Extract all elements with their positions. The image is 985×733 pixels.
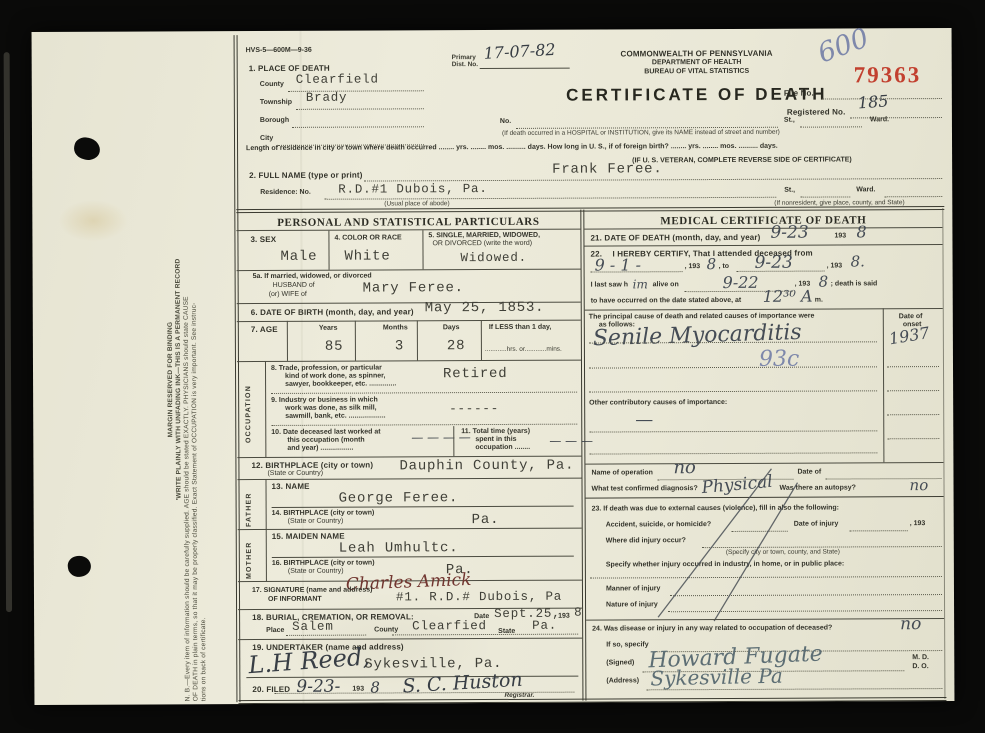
physician-address: Sykesville Pa	[650, 664, 783, 691]
rule	[236, 229, 580, 232]
total-time-value: — — —	[549, 434, 593, 448]
full-name-line	[364, 178, 942, 182]
occupation-related-value: no	[900, 614, 921, 634]
rule	[238, 528, 582, 531]
rule-dotted	[646, 688, 942, 690]
trade-value: Retired	[443, 366, 507, 382]
form-bottom-border	[238, 697, 946, 704]
last-worked-label-1: 10. Date deceased last worked at	[271, 428, 380, 435]
contributory-label: Other contributory causes of importance:	[589, 399, 727, 407]
year1-prefix: , 193	[685, 263, 701, 270]
rule-dotted	[589, 366, 877, 368]
cell-divider	[355, 321, 356, 361]
birthplace-value: Dauphin County, Pa.	[399, 458, 574, 475]
spouse-label-1: 5a. If married, widowed, or divorced	[253, 273, 372, 281]
scanned-certificate: MARGIN RESERVED FOR BINDING 'WRITE PLAIN…	[0, 0, 985, 733]
rule	[585, 308, 943, 311]
dist-no-label: Dist. No.	[452, 61, 478, 68]
rule-dotted	[392, 634, 578, 636]
burial-state-value: Pa.	[532, 619, 557, 633]
cell-divider	[265, 479, 266, 529]
father-side-label: FATHER	[246, 483, 253, 527]
rule	[237, 478, 581, 481]
industry-label-1: 9. Industry or business in which	[271, 397, 378, 404]
cell-divider	[287, 321, 288, 361]
mother-bp-label-2: (State or Country)	[288, 568, 344, 575]
place-of-death-label: 1. PLACE OF DEATH	[249, 64, 330, 73]
autopsy-value: no	[909, 476, 928, 494]
occupation-related-label: 24. Was disease or injury in any way rel…	[592, 625, 832, 633]
year2-value: 8.	[851, 252, 865, 270]
personal-section-title: PERSONAL AND STATISTICAL PARTICULARS	[236, 216, 580, 230]
age-days-label: Days	[443, 324, 460, 331]
hospital-st-line	[800, 126, 862, 127]
last-worked-label-3: and year) .................	[287, 445, 353, 452]
mother-bp-label-1: 16. BIRTHPLACE (city or town)	[272, 560, 375, 567]
punch-hole	[72, 135, 102, 162]
registrar-label: Registrar.	[504, 692, 534, 699]
burial-year-prefix: 193	[558, 613, 570, 620]
father-bp-label-2: (State or Country)	[288, 518, 344, 525]
cell-divider	[265, 361, 266, 457]
trade-label-2: kind of work done, as spinner,	[285, 372, 385, 379]
rule-dotted	[737, 271, 825, 272]
rule-dotted	[286, 635, 366, 636]
dob-label: 6. DATE OF BIRTH (month, day, and year)	[251, 307, 414, 317]
informant-label-2: OF INFORMANT	[268, 596, 322, 603]
last-saw-date: 9-22	[723, 273, 759, 292]
residence-length-line: Length of residence in city or town wher…	[246, 143, 778, 152]
burial-county-label: County	[374, 626, 398, 633]
cell-divider	[417, 320, 418, 360]
birthplace-label-1: 12. BIRTHPLACE (city or town)	[251, 461, 373, 471]
borough-line	[292, 126, 424, 128]
residence-st-line	[800, 196, 850, 197]
punch-hole	[66, 554, 92, 578]
year3-value: 8	[819, 273, 829, 291]
age-years-label: Years	[319, 325, 338, 332]
marital-value: Widowed.	[460, 251, 526, 265]
race-value: White	[344, 248, 390, 264]
occurred-m-label: m.	[815, 297, 823, 304]
burial-county-value: Clearfied	[412, 619, 487, 633]
rule	[272, 556, 574, 558]
rule-dotted	[850, 530, 908, 531]
birthplace-label-2: (State or Country)	[267, 470, 323, 477]
trade-label-1: 8. Trade, profession, or particular	[271, 364, 382, 371]
rule-dotted	[271, 424, 577, 426]
residence-label: Residence: No.	[260, 189, 311, 196]
mother-name-value: Leah Umhultc.	[339, 540, 459, 557]
certificate-paper: MARGIN RESERVED FOR BINDING 'WRITE PLAIN…	[32, 28, 955, 705]
injury-year: , 193	[910, 520, 926, 527]
residence-st-label: St.,	[784, 187, 795, 194]
spouse-label-3: (or) WIFE of	[269, 291, 307, 298]
industry-label-3: sawmill, bank, etc. ...................	[285, 412, 385, 419]
spouse-value: Mary Feree.	[363, 280, 464, 296]
burial-year-value: 8	[574, 606, 582, 620]
form-left-border	[234, 35, 241, 702]
age-days-value: 28	[447, 338, 465, 354]
cell-divider	[481, 320, 482, 360]
burial-place-value: Salem	[292, 620, 334, 634]
rule-dotted	[591, 271, 683, 272]
hospital-ward-label: Ward.	[870, 116, 889, 123]
age-label: 7. AGE	[251, 325, 278, 334]
cell-divider	[266, 529, 267, 581]
year1-value: 8	[707, 255, 717, 273]
sex-label: 3. SEX	[250, 235, 276, 244]
age-years-value: 85	[325, 339, 343, 355]
form-code: HVS-5—600M—9-36	[246, 47, 312, 54]
hospital-st-label: St.,	[784, 117, 795, 124]
marital-label-1: 5. SINGLE, MARRIED, WIDOWED,	[428, 232, 540, 239]
total-time-label-1: 11. Total time (years)	[461, 428, 530, 435]
township-value: Brady	[306, 91, 348, 105]
rule	[584, 227, 942, 230]
age-months-value: 3	[395, 338, 404, 354]
cell-divider	[453, 426, 454, 456]
less-than-day-label: If LESS than 1 day,	[489, 324, 552, 331]
dod-year-prefix: 193	[834, 232, 846, 239]
total-time-label-3: occupation ........	[475, 444, 530, 451]
paper-stain	[58, 200, 128, 242]
mother-side-label: MOTHER	[246, 533, 253, 579]
residence-line	[324, 197, 776, 200]
department-line: DEPARTMENT OF HEALTH	[532, 58, 862, 66]
scan-edge-strip	[4, 52, 12, 612]
filed-year-prefix: 193	[352, 686, 364, 693]
contributory-mark: —	[635, 409, 653, 430]
dod-label: 21. DATE OF DEATH (month, day, and year)	[590, 233, 760, 243]
filed-year-value: 8	[370, 678, 380, 696]
onset-box-divider	[883, 308, 885, 462]
file-number-stamp: 79363	[854, 62, 922, 88]
registered-no-label: Registered No.	[787, 107, 846, 116]
margin-line: tions on back of certificate.	[198, 57, 208, 701]
father-name-value: George Feree.	[339, 490, 459, 507]
industry-label-2: work was done, as silk mill,	[285, 405, 376, 412]
dob-value: May 25, 1853.	[425, 300, 545, 317]
to-label: , to	[719, 263, 730, 270]
last-saw-hand: im	[633, 277, 648, 291]
occupation-side-label: OCCUPATION	[245, 367, 252, 443]
spouse-label-2: HUSBAND of	[273, 282, 315, 289]
sex-value: Male	[280, 249, 317, 265]
rule	[237, 269, 581, 272]
file-no-label: File No.	[784, 89, 814, 98]
cell-divider	[422, 230, 423, 269]
onset-label-1: Date of	[899, 313, 923, 320]
informant-label-1: 17. SIGNATURE (name and address)	[252, 587, 372, 595]
race-label: 4. COLOR OR RACE	[334, 234, 401, 241]
rule	[237, 320, 581, 323]
city-label: City	[260, 135, 273, 142]
rule-dotted	[887, 366, 939, 367]
if-so-label: If so, specify	[606, 641, 648, 648]
medical-section-title: MEDICAL CERTIFICATE OF DEATH	[584, 214, 942, 228]
form-right-border	[942, 208, 945, 699]
informant-address: #1. R.D.# Dubois, Pa	[396, 590, 562, 605]
rule-dotted	[887, 390, 939, 391]
registered-no-line	[850, 117, 942, 118]
do-label: D. O.	[912, 663, 928, 670]
last-saw-label-2: alive on	[653, 281, 679, 288]
father-name-label: 13. NAME	[272, 482, 310, 491]
nonresident-note: (If nonresident, give place, county, and…	[774, 199, 904, 207]
total-time-label-2: spent in this	[475, 436, 516, 443]
rule-dotted	[887, 414, 939, 415]
rule-dotted	[589, 390, 877, 392]
signed-label: (Signed)	[606, 659, 634, 666]
onset-value: 1937	[888, 323, 931, 348]
bureau-line: BUREAU OF VITAL STATISTICS	[532, 67, 862, 75]
cause-code-value: 93c	[759, 347, 799, 372]
veteran-line: (IF U. S. VETERAN, COMPLETE REVERSE SIDE…	[632, 156, 852, 164]
industry-value: ------	[449, 402, 499, 416]
residence-ward-line	[884, 196, 942, 197]
full-name-label: 2. FULL NAME (type or print)	[249, 171, 362, 180]
county-label: County	[260, 81, 284, 88]
cross-out-mark	[629, 464, 840, 625]
dod-year-value: 8	[856, 222, 866, 241]
father-bp-value: Pa.	[472, 512, 500, 528]
rule-dotted	[589, 430, 877, 432]
rule-dotted	[589, 452, 877, 454]
trade-label-3: sawyer, bookkeeper, etc. ..............	[285, 380, 396, 387]
burial-place-label: Place	[266, 627, 284, 634]
header-divider	[236, 206, 944, 213]
hospital-no-label: No.	[500, 118, 511, 125]
mother-name-label: 15. MAIDEN NAME	[272, 532, 345, 541]
rule	[238, 638, 582, 641]
rule	[584, 244, 942, 247]
rule-dotted	[271, 392, 577, 394]
full-name-value: Frank Feree.	[552, 161, 662, 177]
father-bp-label-1: 14. BIRTHPLACE (city or town)	[272, 510, 375, 517]
hrs-mins-label: ............hrs. or............mins.	[485, 346, 562, 353]
principal-label-1: The principal cause of death and related…	[589, 313, 815, 321]
residence-value: R.D.#1 Dubois, Pa.	[338, 182, 487, 197]
residence-ward-label: Ward.	[856, 186, 875, 193]
age-months-label: Months	[383, 324, 408, 331]
occurred-time: 12³⁰ A	[763, 287, 813, 306]
township-line	[296, 108, 424, 110]
hospital-note: (If death occurred in a HOSPITAL or INST…	[502, 129, 780, 137]
borough-label: Borough	[260, 117, 289, 124]
md-label: M. D.	[912, 654, 929, 661]
township-label: Township	[260, 99, 292, 106]
rule	[237, 360, 581, 363]
rule	[272, 506, 574, 508]
margin-instructions: MARGIN RESERVED FOR BINDING 'WRITE PLAIN…	[166, 57, 235, 701]
commonwealth-line: COMMONWEALTH OF PENNSYLVANIA	[532, 48, 862, 58]
last-worked-label-2: this occupation (month	[287, 437, 364, 444]
abode-note: (Usual place of abode)	[384, 200, 449, 207]
last-saw-label-1: I last saw h	[591, 281, 628, 288]
cell-divider	[328, 231, 329, 270]
marital-label-2: OR DIVORCED (write the word)	[432, 240, 532, 247]
registered-no-value: 185	[857, 91, 889, 112]
county-value: Clearfield	[296, 72, 379, 86]
year2-prefix: , 193	[827, 262, 843, 269]
dod-value: 9-23	[770, 223, 808, 243]
last-saw-label-3: ; death is said	[831, 280, 878, 287]
rule-dotted	[887, 438, 939, 439]
address-label: (Address)	[606, 677, 639, 684]
occurred-label: to have occurred on the date stated abov…	[591, 297, 742, 305]
